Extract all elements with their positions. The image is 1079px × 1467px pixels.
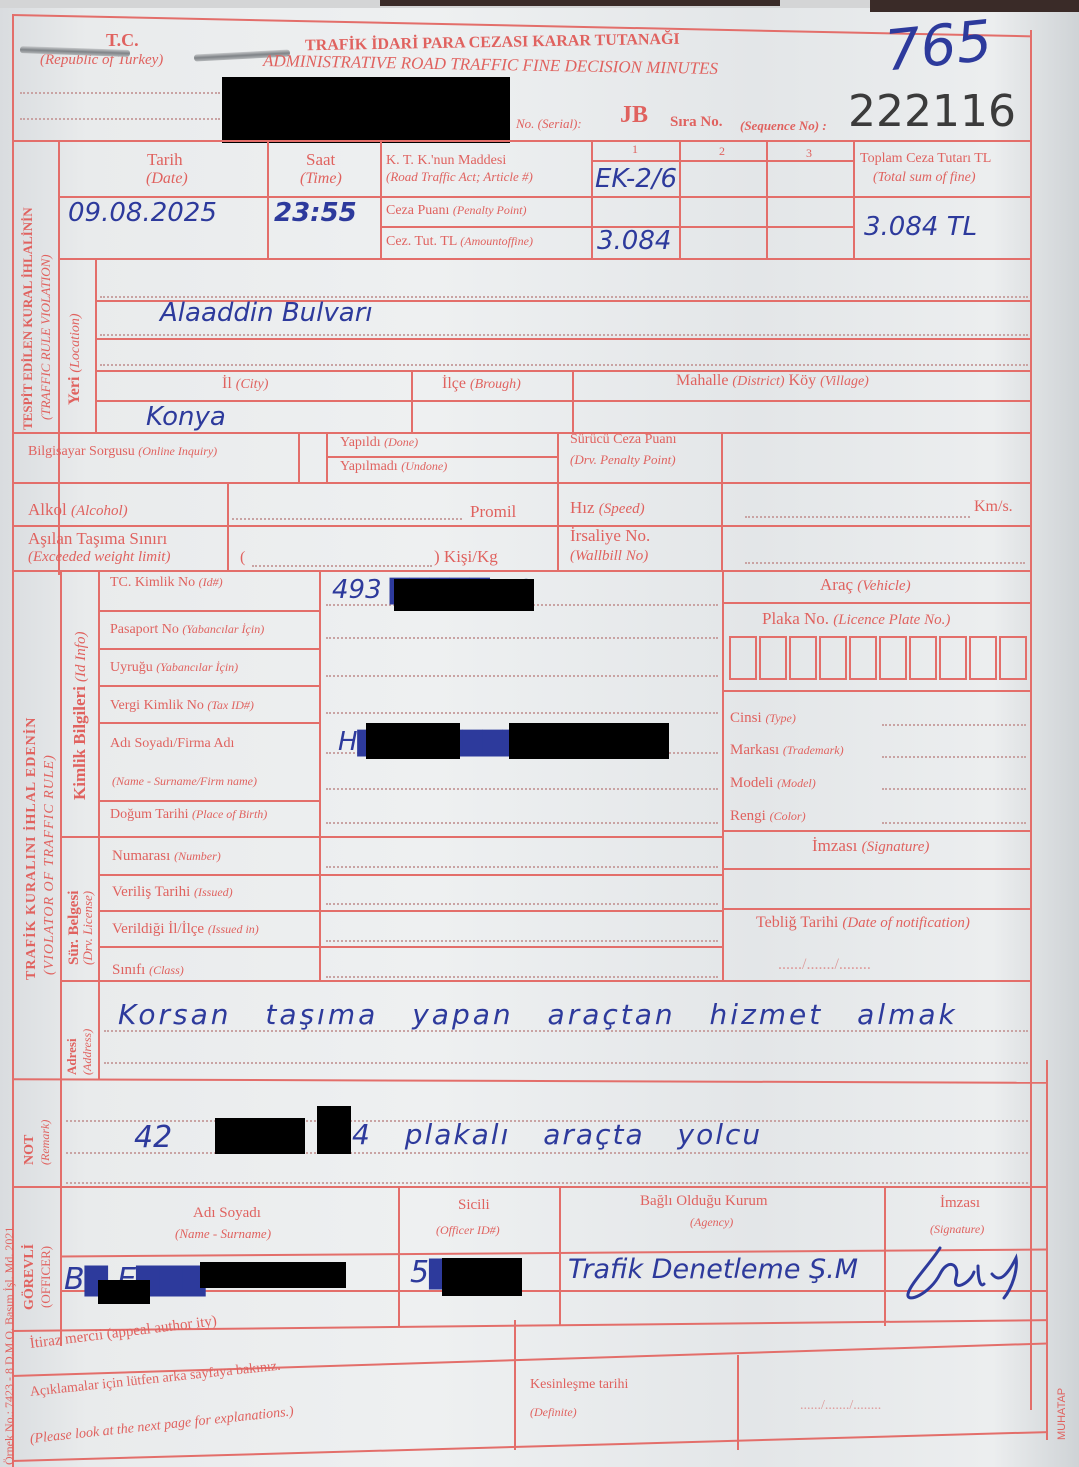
officer-id-label-en: (Officer ID#): [436, 1223, 500, 1238]
column-1-header: 1: [632, 142, 638, 157]
col-line: [95, 258, 97, 433]
vehicle-color-label: Rengi (Color): [730, 808, 806, 825]
license-class-label: Sınıfı (Class): [112, 962, 184, 979]
row-line: [380, 196, 855, 198]
total-value[interactable]: 3.084 TL: [864, 212, 977, 242]
location-side-label: Yeri (Location): [66, 313, 84, 405]
col-line: [398, 1186, 400, 1326]
officer-side-label-en: (OFFICER): [38, 1246, 54, 1308]
row-line: [98, 946, 724, 948]
col-line: [572, 370, 574, 432]
address-label-en: (Address): [80, 1029, 95, 1075]
name-field-label: Adı Soyadı/Firma Adı: [110, 736, 234, 752]
redacted-block: [394, 579, 534, 611]
weight-label: Aşılan Taşıma Sınırı: [28, 529, 167, 549]
row-line: [722, 908, 1032, 910]
row-line: [722, 602, 1032, 604]
row-line: [12, 140, 1032, 142]
driver-points-label: Sürücü Ceza Puanı: [570, 432, 677, 448]
remark-label-en: (Remark): [38, 1120, 53, 1165]
serial-label: No. (Serial):: [516, 116, 582, 132]
waybill-field: [745, 562, 1025, 564]
vehicle-header: Araç (Vehicle): [820, 575, 911, 595]
row-line: [98, 910, 724, 912]
finalization-date-field[interactable]: ....../......./........: [800, 1398, 881, 1414]
row-line: [12, 525, 1032, 527]
street-value[interactable]: Alaaddin Bulvarı: [160, 298, 373, 328]
row-line: [12, 1431, 1048, 1462]
row-line: [12, 570, 1032, 572]
serial-value: JB: [620, 102, 648, 129]
col-line: [411, 370, 413, 432]
plate-box[interactable]: [789, 636, 817, 680]
col-line: [884, 1186, 886, 1326]
col-line: [380, 140, 382, 260]
row-line: [98, 800, 320, 802]
row-line: [58, 258, 1032, 260]
vehicle-color-field[interactable]: [882, 822, 1026, 824]
plate-box[interactable]: [909, 636, 937, 680]
speed-label: Hız (Speed): [570, 498, 645, 518]
license-section-label-en: (Drv. License): [80, 891, 96, 965]
row-line: [722, 690, 1032, 692]
col-line: [722, 570, 724, 980]
officer-id-label: Sicili: [458, 1197, 490, 1214]
row-line: [98, 874, 724, 876]
row-line: [98, 722, 320, 724]
vehicle-brand-field[interactable]: [882, 756, 1026, 758]
row-line: [60, 980, 1032, 982]
date-value[interactable]: 09.08.2025: [68, 198, 217, 228]
vehicle-type-label: Cinsi (Type): [730, 710, 796, 727]
form-title-tr: TRAFİK İDARİ PARA CEZASI KARAR TUTANAĞI: [305, 31, 680, 56]
license-issued-field[interactable]: [326, 903, 718, 905]
passport-field-label: Pasaport No (Yabancılar İçin): [110, 622, 264, 638]
col-line: [98, 980, 100, 1080]
city-label: İl (City): [222, 375, 268, 393]
plate-box[interactable]: [939, 636, 967, 680]
row-line: [98, 648, 320, 650]
article-label-en: (Road Traffic Act; Article #): [386, 169, 533, 185]
dotted-line: [100, 334, 1028, 336]
inquiry-undone-option[interactable]: Yapılmadı (Undone): [340, 459, 447, 475]
plate-box[interactable]: [879, 636, 907, 680]
alcohol-label: Alkol (Alcohol): [28, 500, 128, 520]
license-class-field[interactable]: [326, 976, 718, 978]
notification-date-label: Tebliğ Tarihi (Date of notification): [756, 914, 970, 932]
passport-field[interactable]: [326, 637, 718, 639]
col-line: [60, 1080, 62, 1202]
city-value[interactable]: Konya: [146, 402, 226, 432]
row-line: [853, 196, 1030, 198]
explanation-note-tr: Açıklamalar için lütfen arka sayfaya bak…: [29, 1359, 281, 1401]
row-line: [591, 160, 855, 162]
row-line: [98, 685, 320, 687]
redacted-block: [509, 723, 669, 759]
total-label: Toplam Ceza Tutarı TL: [860, 151, 991, 167]
dark-edge: [380, 0, 780, 6]
violation-side-label: TESPİT EDİLEN KURAL İHLALİNİN: [20, 207, 36, 430]
agency-label: Bağlı Olduğu Kurum: [640, 1193, 768, 1210]
tax-id-field-label: Vergi Kimlik No (Tax ID#): [110, 698, 254, 714]
driver-points-label-en: (Drv. Penalty Point): [570, 452, 676, 468]
row-line: [95, 338, 1032, 340]
alcohol-field: [232, 518, 462, 520]
nationality-field[interactable]: [326, 675, 718, 677]
redacted-block: [222, 77, 510, 143]
col-line: [766, 140, 768, 260]
dotted-line: [100, 364, 1028, 366]
plate-box[interactable]: [849, 636, 877, 680]
waybill-label: İrsaliye No.: [570, 526, 650, 546]
speed-field: [745, 516, 970, 518]
license-issued-in-field[interactable]: [326, 940, 718, 942]
redacted-block: [98, 1280, 150, 1304]
remark-value-prefix[interactable]: 42: [134, 1120, 172, 1155]
district-label: İlçe (Brough): [442, 375, 521, 393]
col-line: [227, 482, 229, 572]
id-field-label: TC. Kimlik No (Id#): [110, 575, 223, 591]
row-line: [12, 1186, 1048, 1188]
penalty-point-label: Ceza Puanı (Penalty Point): [386, 203, 527, 219]
vehicle-model-label: Modeli (Model): [730, 775, 816, 792]
officer-signature-label: İmzası: [940, 1195, 980, 1212]
row-line: [95, 400, 1032, 402]
plate-box[interactable]: [729, 636, 757, 680]
vehicle-brand-label: Markası (Trademark): [730, 742, 844, 759]
sequence-number: 222116: [848, 86, 1016, 137]
remark-label: NOT: [22, 1135, 38, 1165]
col-line: [737, 1355, 739, 1450]
top-edge: [0, 0, 1079, 8]
name-field-line2: [326, 788, 718, 790]
plate-box[interactable]: [759, 636, 787, 680]
speed-unit: Km/s.: [974, 498, 1013, 516]
sequence-label-en: (Sequence No) :: [740, 118, 827, 134]
time-value[interactable]: 23:55: [274, 198, 357, 228]
driver-signature-label: İmzası (Signature): [812, 836, 929, 856]
date-label-en: (Date): [146, 170, 188, 188]
officer-signature-label-en: (Signature): [930, 1222, 984, 1237]
redacted-block: [200, 1262, 346, 1288]
inquiry-label: Bilgisayar Sorgusu (Online Inquiry): [28, 444, 217, 460]
id-section-label: Kimlik Bilgileri (Id Info): [70, 632, 90, 800]
sequence-label: Sıra No.: [670, 114, 723, 131]
officer-signature-icon: [900, 1244, 1030, 1304]
col-line: [60, 570, 62, 1080]
form-title-en: ADMINISTRATIVE ROAD TRAFFIC FINE DECISIO…: [263, 51, 718, 79]
waybill-label-en: (Wallbill No): [570, 548, 648, 565]
row-line: [98, 610, 320, 612]
explanation-note-en: (Please look at the next page for explan…: [29, 1404, 294, 1448]
col-line: [60, 1186, 62, 1346]
col-line: [319, 570, 321, 980]
dotted-line: [20, 118, 220, 120]
vehicle-type-field[interactable]: [882, 724, 1026, 726]
dotted-line: [20, 92, 220, 94]
neighborhood-village-label: Mahalle (District) Köy (Village): [676, 372, 869, 390]
col-line: [721, 432, 723, 572]
nationality-field-label: Uyruğu (Yabancılar İçin): [110, 660, 238, 676]
redacted-block: [317, 1106, 351, 1154]
article-value-1[interactable]: EK-2/6: [595, 164, 677, 194]
dotted-line: [66, 1152, 1028, 1154]
total-label-en: (Total sum of fine): [873, 170, 976, 186]
license-number-label: Numarası (Number): [112, 848, 221, 865]
birth-field[interactable]: [326, 822, 718, 824]
col-line: [514, 1320, 516, 1450]
time-label-en: (Time): [300, 170, 342, 188]
date-label: Tarih: [147, 150, 183, 170]
weight-open-paren: (: [240, 549, 245, 567]
tc-label: T.C.: [106, 30, 139, 51]
violation-side-label-en: (TRAFFIC RULE VIOLATION): [38, 254, 54, 420]
col-line: [853, 140, 855, 260]
finalization-date-label: Kesinleşme tarihi: [530, 1377, 628, 1393]
row-line: [722, 830, 1032, 832]
vehicle-model-field[interactable]: [882, 788, 1026, 790]
tax-id-field[interactable]: [326, 712, 718, 714]
agency-label-en: (Agency): [690, 1215, 733, 1230]
violator-side-label-en: (VIOLATOR OF TRAFFIC RULE): [42, 754, 58, 975]
license-issued-label: Veriliş Tarihi (Issued): [112, 884, 233, 901]
plate-label: Plaka No. (Licence Plate No.): [762, 609, 950, 629]
name-field-label-en: (Name - Surname/Firm name): [112, 774, 257, 789]
redacted-block: [215, 1118, 305, 1154]
col-line: [298, 432, 300, 482]
time-label: Saat: [306, 150, 335, 170]
row-line: [12, 1078, 1048, 1084]
notification-date-field[interactable]: ....../......./........: [778, 956, 871, 974]
officer-name-label-en: (Name - Surname): [175, 1226, 271, 1242]
remark-value-suffix[interactable]: 4 plakalı araçta yolcu: [352, 1118, 762, 1151]
plate-box[interactable]: [999, 636, 1027, 680]
printer-info: Örnek No.: 7423 - 8 D.M.O. Basım İşl. Md…: [2, 1227, 17, 1465]
alcohol-unit: Promil: [470, 502, 516, 522]
column-3-header: 3: [806, 146, 812, 161]
dotted-line: [66, 1182, 1028, 1184]
col-line: [591, 140, 593, 260]
col-line: [559, 1186, 561, 1326]
weight-field: [252, 565, 432, 567]
agency-value[interactable]: Trafik Denetleme Ş.M: [568, 1254, 858, 1285]
redacted-block: [442, 1258, 522, 1296]
handwritten-number: 765: [882, 9, 995, 85]
row-line: [326, 456, 559, 458]
officer-side-label: GÖREVLİ: [22, 1244, 38, 1310]
violator-side-label: TRAFİK KURALINI İHLAL EDENİN: [24, 717, 40, 980]
license-number-field[interactable]: [326, 866, 718, 868]
col-line: [679, 140, 681, 260]
redacted-block: [366, 723, 460, 759]
article-label: K. T. K.'nun Maddesi: [386, 153, 506, 169]
plate-box[interactable]: [819, 636, 847, 680]
address-value[interactable]: Korsan taşıma yapan araçtan hizmet almak: [118, 998, 958, 1031]
col-line: [267, 140, 269, 260]
col-line: [98, 570, 100, 980]
row-line: [95, 370, 1032, 372]
row-line: [12, 432, 1032, 434]
license-issued-in-label: Verildiği İl/İlçe (Issued in): [112, 921, 259, 938]
col-line: [557, 432, 559, 572]
outer-border-right: [1030, 30, 1032, 1410]
birth-field-label: Doğum Tarihi (Place of Birth): [110, 807, 267, 823]
plate-box[interactable]: [969, 636, 997, 680]
appeal-authority-label: İtiraz mercii (appeal author ity): [29, 1313, 218, 1353]
officer-name-label: Adı Soyadı: [193, 1205, 261, 1222]
recipient-label: MUHATAP: [1056, 1388, 1068, 1440]
weight-label-en: (Exceeded weight limit): [28, 549, 170, 566]
row-line: [60, 836, 724, 838]
weight-unit: ) Kişi/Kg: [434, 547, 498, 567]
row-line: [12, 482, 1032, 484]
amount-label: Cez. Tut. TL (Amountoffine): [386, 234, 533, 250]
row-line: [722, 868, 1032, 870]
inquiry-done-option[interactable]: Yapıldı (Done): [340, 435, 418, 451]
column-2-header: 2: [719, 144, 725, 159]
address-label: Adresi: [64, 1038, 80, 1075]
amount-value-1[interactable]: 3.084: [597, 226, 671, 256]
finalization-date-label-en: (Definite): [530, 1405, 577, 1420]
dotted-line: [104, 1062, 1028, 1064]
